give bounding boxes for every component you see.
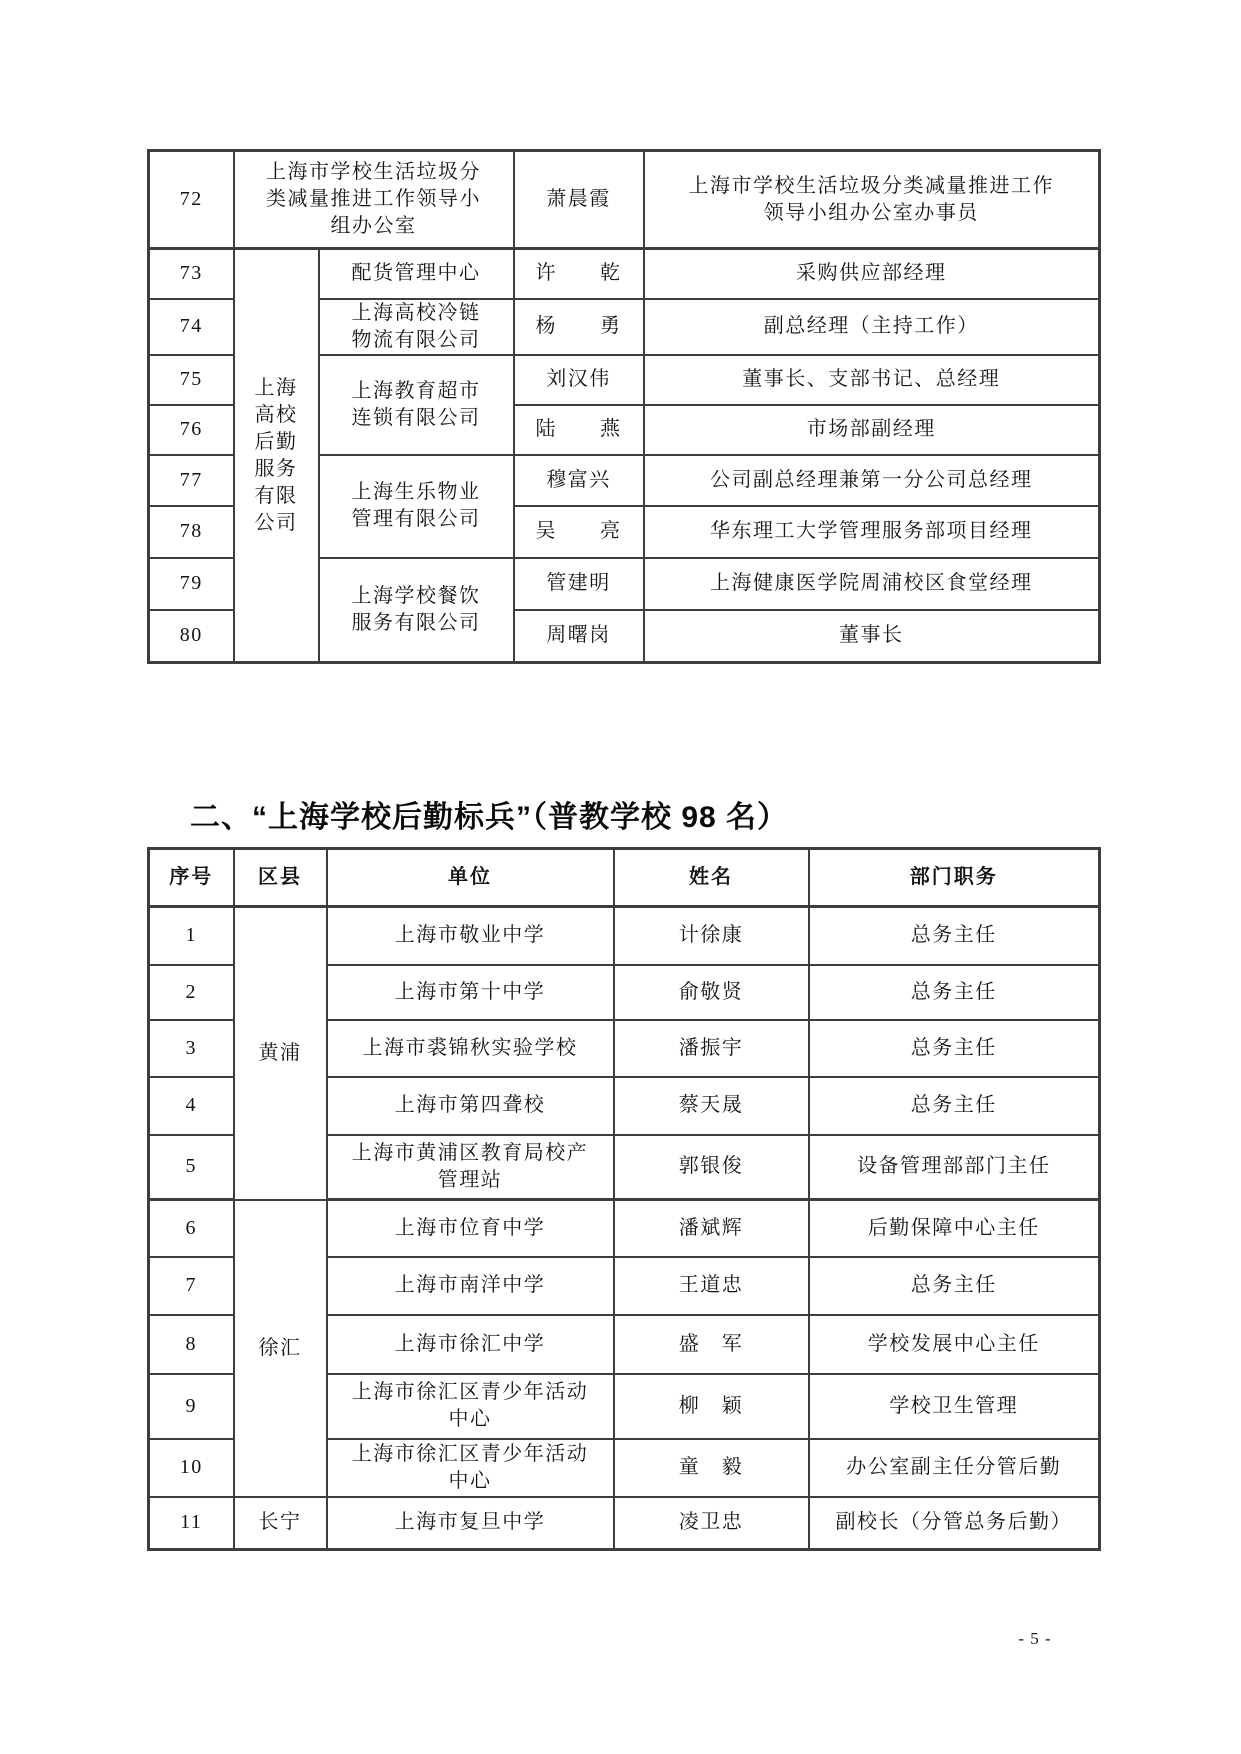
position-cell: 上海健康医学院周浦校区食堂经理 [644, 558, 1100, 610]
name-cell: 郭银俊 [614, 1135, 809, 1200]
position-cell: 学校发展中心主任 [809, 1315, 1100, 1374]
unit-cell: 上海生乐物业 管理有限公司 [319, 455, 514, 558]
serial-cell: 2 [149, 965, 234, 1020]
name-cell: 凌卫忠 [614, 1497, 809, 1550]
name-cell: 蔡天晟 [614, 1077, 809, 1135]
serial-cell: 80 [149, 610, 234, 663]
position-cell: 总务主任 [809, 907, 1100, 965]
position-cell: 上海市学校生活垃圾分类减量推进工作 领导小组办公室办事员 [644, 151, 1100, 249]
name-cell: 周曙岗 [514, 610, 644, 663]
position-cell: 华东理工大学管理服务部项目经理 [644, 506, 1100, 558]
unit-cell: 上海市黄浦区教育局校产 管理站 [327, 1135, 614, 1200]
name-cell: 潘斌辉 [614, 1200, 809, 1257]
table-row: 73 上海 高校 后勤 服务 有限 公司 配货管理中心 许 乾 采购供应部经理 [149, 249, 1100, 299]
unit-cell: 上海市敬业中学 [327, 907, 614, 965]
serial-cell: 73 [149, 249, 234, 299]
serial-cell: 10 [149, 1439, 234, 1497]
unit-cell: 上海市徐汇区青少年活动 中心 [327, 1374, 614, 1439]
position-cell: 总务主任 [809, 965, 1100, 1020]
position-cell: 副校长（分管总务后勤） [809, 1497, 1100, 1550]
name-cell: 穆富兴 [514, 455, 644, 506]
serial-cell: 11 [149, 1497, 234, 1550]
name-cell: 陆 燕 [514, 405, 644, 455]
position-cell: 总务主任 [809, 1077, 1100, 1135]
name-cell: 萧晨霞 [514, 151, 644, 249]
name-cell: 柳 颖 [614, 1374, 809, 1439]
name-cell: 计徐康 [614, 907, 809, 965]
name-cell: 管建明 [514, 558, 644, 610]
name-cell: 吴 亮 [514, 506, 644, 558]
unit-cell: 上海学校餐饮 服务有限公司 [319, 558, 514, 663]
position-cell: 市场部副经理 [644, 405, 1100, 455]
table-header-row: 序号 区县 单位 姓名 部门职务 [149, 849, 1100, 907]
position-cell: 办公室副主任分管后勤 [809, 1439, 1100, 1497]
name-cell: 王道忠 [614, 1257, 809, 1315]
table-row: 6 徐汇 上海市位育中学 潘斌辉 后勤保障中心主任 [149, 1200, 1100, 1257]
col-header-district: 区县 [234, 849, 327, 907]
serial-cell: 3 [149, 1020, 234, 1077]
serial-cell: 9 [149, 1374, 234, 1439]
table-row: 72 上海市学校生活垃圾分 类减量推进工作领导小 组办公室 萧晨霞 上海市学校生… [149, 151, 1100, 249]
serial-cell: 77 [149, 455, 234, 506]
serial-cell: 78 [149, 506, 234, 558]
unit-cell: 上海高校冷链 物流有限公司 [319, 299, 514, 355]
section-heading: 二、“上海学校后勤标兵”（普教学校 98 名） [190, 792, 788, 836]
group-unit-cell: 上海 高校 后勤 服务 有限 公司 [234, 249, 319, 663]
name-cell: 童 毅 [614, 1439, 809, 1497]
unit-cell: 上海市学校生活垃圾分 类减量推进工作领导小 组办公室 [234, 151, 514, 249]
name-cell: 盛 军 [614, 1315, 809, 1374]
unit-cell: 上海市裘锦秋实验学校 [327, 1020, 614, 1077]
position-cell: 副总经理（主持工作） [644, 299, 1100, 355]
serial-cell: 1 [149, 907, 234, 965]
position-cell: 采购供应部经理 [644, 249, 1100, 299]
col-header-serial: 序号 [149, 849, 234, 907]
district-cell: 黄浦 [234, 907, 327, 1200]
serial-cell: 6 [149, 1200, 234, 1257]
serial-cell: 5 [149, 1135, 234, 1200]
position-cell: 总务主任 [809, 1020, 1100, 1077]
name-cell: 俞敬贤 [614, 965, 809, 1020]
unit-cell: 上海市徐汇区青少年活动 中心 [327, 1439, 614, 1497]
col-header-position: 部门职务 [809, 849, 1100, 907]
name-cell: 潘振宇 [614, 1020, 809, 1077]
district-cell: 徐汇 [234, 1200, 327, 1497]
position-cell: 总务主任 [809, 1257, 1100, 1315]
unit-cell: 上海市第十中学 [327, 965, 614, 1020]
page-number: - 5 - [1010, 1629, 1060, 1649]
serial-cell: 79 [149, 558, 234, 610]
serial-cell: 75 [149, 355, 234, 405]
col-header-name: 姓名 [614, 849, 809, 907]
position-cell: 公司副总经理兼第一分公司总经理 [644, 455, 1100, 506]
serial-cell: 8 [149, 1315, 234, 1374]
name-cell: 许 乾 [514, 249, 644, 299]
table-row: 1 黄浦 上海市敬业中学 计徐康 总务主任 [149, 907, 1100, 965]
unit-cell: 上海教育超市 连锁有限公司 [319, 355, 514, 455]
serial-cell: 76 [149, 405, 234, 455]
unit-cell: 上海市南洋中学 [327, 1257, 614, 1315]
district-cell: 长宁 [234, 1497, 327, 1550]
unit-cell: 上海市位育中学 [327, 1200, 614, 1257]
serial-cell: 72 [149, 151, 234, 249]
position-cell: 董事长、支部书记、总经理 [644, 355, 1100, 405]
name-cell: 杨 勇 [514, 299, 644, 355]
name-cell: 刘汉伟 [514, 355, 644, 405]
unit-cell: 上海市第四聋校 [327, 1077, 614, 1135]
unit-cell: 配货管理中心 [319, 249, 514, 299]
position-cell: 董事长 [644, 610, 1100, 663]
table-row: 11 长宁 上海市复旦中学 凌卫忠 副校长（分管总务后勤） [149, 1497, 1100, 1550]
award-table-schools: 序号 区县 单位 姓名 部门职务 1 黄浦 上海市敬业中学 计徐康 总务主任 2… [147, 847, 1101, 1551]
position-cell: 后勤保障中心主任 [809, 1200, 1100, 1257]
position-cell: 学校卫生管理 [809, 1374, 1100, 1439]
unit-cell: 上海市徐汇中学 [327, 1315, 614, 1374]
position-cell: 设备管理部部门主任 [809, 1135, 1100, 1200]
award-table-univ-logistics: 72 上海市学校生活垃圾分 类减量推进工作领导小 组办公室 萧晨霞 上海市学校生… [147, 149, 1101, 664]
serial-cell: 74 [149, 299, 234, 355]
serial-cell: 7 [149, 1257, 234, 1315]
serial-cell: 4 [149, 1077, 234, 1135]
col-header-unit: 单位 [327, 849, 614, 907]
unit-cell: 上海市复旦中学 [327, 1497, 614, 1550]
